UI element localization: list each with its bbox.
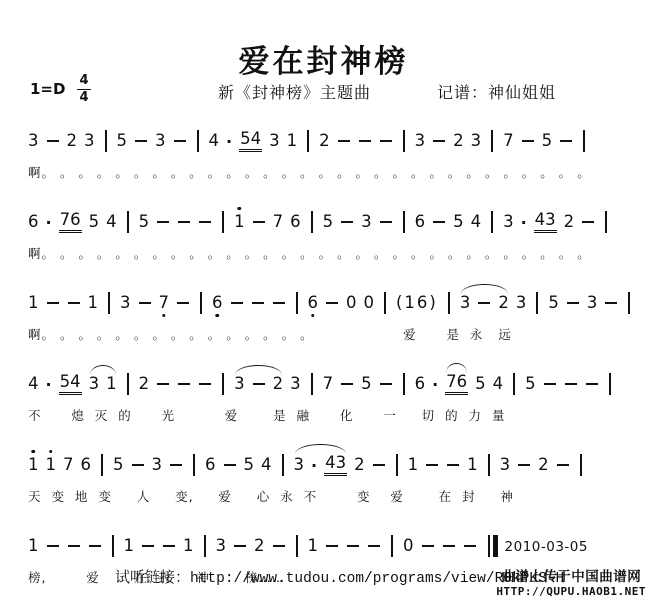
note: 0 — [403, 537, 414, 556]
duration-dash — [47, 545, 59, 547]
duration-dash — [142, 545, 154, 547]
note-sixteenth-pair: 54 — [59, 373, 82, 396]
score-system: 11376600(16)32353 啊。 。 。 。 。 。 。 。 。 。 。… — [28, 278, 645, 346]
dotted-note-dot: · — [226, 132, 232, 151]
note: 7 — [273, 213, 284, 232]
duration-dash — [326, 302, 338, 304]
meter-denominator: 4 — [79, 90, 88, 105]
note: 3 — [587, 294, 598, 313]
dotted-note-dot: · — [46, 375, 52, 394]
note: 2 — [498, 294, 509, 313]
duration-dash — [326, 545, 338, 547]
duration-dash — [380, 383, 392, 385]
note: 1 — [408, 456, 419, 475]
note: 3 — [155, 132, 166, 151]
note: 5 — [244, 456, 255, 475]
note: 3 — [294, 456, 305, 475]
note: 3 — [216, 537, 227, 556]
note: 3 — [503, 213, 514, 232]
note: 7 — [63, 456, 74, 475]
note: 1 — [467, 456, 478, 475]
note: 4 — [471, 213, 482, 232]
notation-line-2: 6·76545176536543·432 — [28, 197, 645, 240]
note: 1 — [308, 537, 319, 556]
date-label: 2010-03-05 — [505, 539, 588, 555]
note: 2 — [538, 456, 549, 475]
duration-dash — [68, 302, 80, 304]
lyric-line-2: 啊。 。 。 。 。 。 。 。 。 。 。 。 。 。 。 。 。 。 。 。… — [28, 243, 645, 265]
note: 3 — [84, 132, 95, 151]
note-sixteenth-pair: 43 — [534, 211, 557, 234]
duration-dash — [132, 464, 144, 466]
duration-dash — [560, 140, 572, 142]
barline — [583, 130, 585, 152]
note: 3 — [290, 375, 301, 394]
barline — [307, 130, 309, 152]
barline — [403, 130, 405, 152]
duration-dash — [567, 302, 579, 304]
note-sixteenth-pair: 54 — [239, 130, 262, 153]
note: 2 — [564, 213, 575, 232]
note: 4 — [493, 375, 504, 394]
slur-arc-group: 31 — [89, 375, 117, 394]
notation-line-3: 11376600(16)32353 — [28, 278, 645, 321]
duration-dash — [157, 221, 169, 223]
barline — [384, 292, 386, 314]
barline — [197, 130, 199, 152]
note: 6 — [415, 213, 426, 232]
note: 5 — [525, 375, 536, 394]
duration-dash — [139, 302, 151, 304]
barline — [628, 292, 630, 314]
barline — [396, 454, 398, 476]
duration-dash — [433, 140, 445, 142]
duration-dash — [273, 302, 285, 304]
duration-dash — [373, 464, 385, 466]
duration-dash — [380, 221, 392, 223]
duration-dash — [224, 464, 236, 466]
barline — [127, 373, 129, 395]
note: 0 — [364, 294, 375, 313]
lyric-line-3: 啊。 。 。 。 。 。 。 。 。 。 。 。 。 。 。 爱 是 永 远 — [28, 324, 645, 346]
barline — [580, 454, 582, 476]
note: 6 — [205, 456, 216, 475]
score-system: 323534·5431232375 啊。 。 。 。 。 。 。 。 。 。 。… — [28, 116, 645, 184]
duration-dash — [464, 545, 476, 547]
note: 5 — [323, 213, 334, 232]
duration-dash — [253, 383, 265, 385]
score-system: 4·54312323756·76545 不 熄 灭 的 光 爱 是 融 化 一 … — [28, 359, 645, 427]
duration-dash — [234, 545, 246, 547]
barline — [193, 454, 195, 476]
slur-arc-group: 32 — [234, 375, 283, 394]
duration-dash — [557, 464, 569, 466]
duration-dash — [518, 464, 530, 466]
score-area: 323534·5431232375 啊。 。 。 。 。 。 。 。 。 。 。… — [28, 116, 645, 598]
note: 3 — [516, 294, 527, 313]
barline — [222, 211, 224, 233]
song-title: 爱在封神榜 — [0, 36, 647, 81]
note: 5 — [542, 132, 553, 151]
duration-dash — [253, 221, 265, 223]
barline — [513, 373, 515, 395]
barline — [127, 211, 129, 233]
note: 3 — [269, 132, 280, 151]
note: 5 — [139, 213, 150, 232]
note: 4 — [28, 375, 39, 394]
notation-line-1: 323534·5431232375 — [28, 116, 645, 159]
transcriber-credit: 记谱：神仙姐姐 — [437, 80, 556, 103]
final-barline — [488, 535, 498, 557]
barline — [491, 211, 493, 233]
barline — [112, 535, 114, 557]
note: (16) — [396, 294, 438, 313]
duration-dash — [273, 545, 285, 547]
barline — [282, 454, 284, 476]
duration-dash — [426, 464, 438, 466]
duration-dash — [170, 464, 182, 466]
barline — [296, 535, 298, 557]
dotted-note-dot: · — [432, 375, 438, 394]
duration-dash — [252, 302, 264, 304]
barline — [311, 211, 313, 233]
score-system: 6·76545176536543·432 啊。 。 。 。 。 。 。 。 。 … — [28, 197, 645, 265]
note: 1 — [106, 375, 117, 394]
dotted-note-dot: · — [46, 213, 52, 232]
duration-dash — [341, 383, 353, 385]
note: 1 — [28, 537, 39, 556]
duration-dash — [199, 383, 211, 385]
note: 6 — [290, 213, 301, 232]
note: 5 — [113, 456, 124, 475]
note: 5 — [89, 213, 100, 232]
note: 3 — [89, 375, 100, 394]
note: 4 — [209, 132, 220, 151]
note-sixteenth-pair: 76 — [445, 373, 468, 396]
duration-dash — [447, 464, 459, 466]
note-low-octave: 7 — [159, 294, 170, 313]
note: 1 — [28, 294, 39, 313]
sheet-music-page: 1=D 4 4 爱在封神榜 新《封神榜》主题曲 记谱：神仙姐姐 323534·5… — [0, 0, 647, 598]
note: 5 — [117, 132, 128, 151]
note-low-octave: 6 — [212, 294, 223, 313]
note: 5 — [475, 375, 486, 394]
note: 3 — [120, 294, 131, 313]
note-high-octave: 1 — [28, 456, 39, 475]
duration-dash — [338, 140, 350, 142]
lyric-line-4: 不 熄 灭 的 光 爱 是 融 化 一 切 的 力 量 — [28, 405, 645, 427]
note: 1 — [124, 537, 135, 556]
barline — [222, 373, 224, 395]
duration-dash — [231, 302, 243, 304]
duration-dash — [582, 221, 594, 223]
watermark-site-url: HTTP://QUPU.HAOB1.NET — [496, 586, 646, 598]
barline — [311, 373, 313, 395]
duration-dash — [565, 383, 577, 385]
note: 3 — [28, 132, 39, 151]
barline — [609, 373, 611, 395]
note: 4 — [261, 456, 272, 475]
note-high-octave: 1 — [234, 213, 245, 232]
lyric-line-1: 啊。 。 。 。 。 。 。 。 。 。 。 。 。 。 。 。 。 。 。 。… — [28, 162, 645, 184]
barline — [536, 292, 538, 314]
barline — [488, 454, 490, 476]
note: 5 — [453, 213, 464, 232]
note: 2 — [319, 132, 330, 151]
note: 2 — [139, 375, 150, 394]
duration-dash — [359, 140, 371, 142]
note: 2 — [273, 375, 284, 394]
duration-dash — [347, 545, 359, 547]
note: 4 — [106, 213, 117, 232]
note-low-octave: 6 — [308, 294, 319, 313]
note-high-octave: 1 — [46, 456, 57, 475]
note: 3 — [471, 132, 482, 151]
duration-dash — [174, 140, 186, 142]
note: 6 — [28, 213, 39, 232]
barline — [101, 454, 103, 476]
note: 5 — [361, 375, 372, 394]
site-watermark: 曲谱上传于中国曲谱网 HTTP://QUPU.HAOB1.NET — [496, 570, 646, 598]
note-sixteenth-pair: 43 — [324, 454, 347, 477]
slur-arc-group: 3·43 — [294, 454, 348, 477]
duration-dash — [157, 383, 169, 385]
watermark-site-name: 曲谱上传于中国曲谱网 — [496, 570, 646, 586]
note: 3 — [500, 456, 511, 475]
note: 5 — [548, 294, 559, 313]
note: 3 — [460, 294, 471, 313]
note: 1 — [287, 132, 298, 151]
barline — [204, 535, 206, 557]
duration-dash — [478, 302, 490, 304]
duration-dash — [89, 545, 101, 547]
note: 6 — [415, 375, 426, 394]
barline — [108, 292, 110, 314]
duration-dash — [47, 140, 59, 142]
tonic-label: 1=D — [30, 80, 65, 98]
note: 2 — [453, 132, 464, 151]
notation-line-5: 1176536543·4321132 — [28, 440, 645, 483]
note: 1 — [88, 294, 99, 313]
note: 3 — [361, 213, 372, 232]
barline — [448, 292, 450, 314]
note: 3 — [234, 375, 245, 394]
note: 2 — [67, 132, 78, 151]
note: 7 — [503, 132, 514, 151]
listen-link-label: 试听链接： — [115, 568, 190, 586]
barline — [296, 292, 298, 314]
barline — [391, 535, 393, 557]
lyric-line-5: 天 变 地 变 人 变, 爱 心 永 不 变 爱 在 封 神 — [28, 486, 645, 508]
dotted-note-dot: · — [521, 213, 527, 232]
duration-dash — [177, 302, 189, 304]
duration-dash — [443, 545, 455, 547]
duration-dash — [586, 383, 598, 385]
duration-dash — [47, 302, 59, 304]
duration-dash — [380, 140, 392, 142]
dotted-note-dot: · — [311, 456, 317, 475]
note-sixteenth-pair: 76 — [59, 211, 82, 234]
duration-dash — [422, 545, 434, 547]
slur-arc-group: 76 — [445, 373, 468, 396]
duration-dash — [163, 545, 175, 547]
duration-dash — [522, 140, 534, 142]
note: 3 — [152, 456, 163, 475]
barline — [403, 373, 405, 395]
duration-dash — [605, 302, 617, 304]
duration-dash — [68, 545, 80, 547]
notation-line-4: 4·54312323756·76545 — [28, 359, 645, 402]
barline — [403, 211, 405, 233]
note: 3 — [415, 132, 426, 151]
slur-arc-group: 32 — [460, 294, 509, 313]
barline — [491, 130, 493, 152]
duration-dash — [368, 545, 380, 547]
note: 6 — [81, 456, 92, 475]
note: 0 — [346, 294, 357, 313]
note: 7 — [323, 375, 334, 394]
duration-dash — [135, 140, 147, 142]
note: 1 — [183, 537, 194, 556]
song-subtitle: 新《封神榜》主题曲 — [218, 80, 371, 103]
duration-dash — [178, 221, 190, 223]
barline — [200, 292, 202, 314]
duration-dash — [178, 383, 190, 385]
duration-dash — [544, 383, 556, 385]
score-system: 1176536543·4321132 天 变 地 变 人 变, 爱 心 永 不 … — [28, 440, 645, 508]
barline — [105, 130, 107, 152]
duration-dash — [433, 221, 445, 223]
duration-dash — [341, 221, 353, 223]
barline — [605, 211, 607, 233]
note: 2 — [354, 456, 365, 475]
note: 2 — [254, 537, 265, 556]
duration-dash — [199, 221, 211, 223]
